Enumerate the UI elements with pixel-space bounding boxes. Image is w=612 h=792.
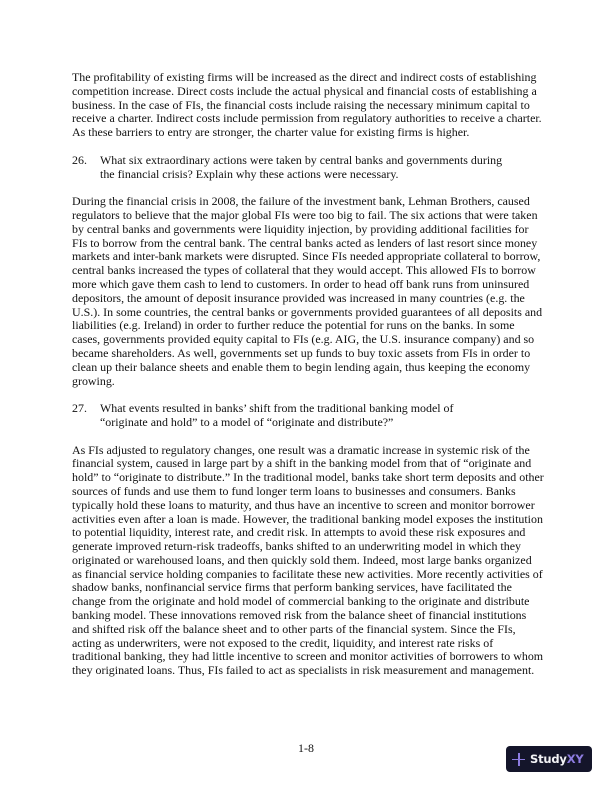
- question-number: 26.: [72, 154, 100, 182]
- question-26: 26. What six extraordinary actions were …: [72, 154, 544, 182]
- plus-icon: [512, 753, 525, 766]
- question-27: 27. What events resulted in banks’ shift…: [72, 402, 544, 430]
- question-number: 27.: [72, 402, 100, 430]
- question-text: What six extraordinary actions were take…: [100, 154, 544, 182]
- answer-paragraph-27: As FIs adjusted to regulatory changes, o…: [72, 444, 544, 679]
- brand-accent: XY: [567, 752, 584, 766]
- brand-name: Study: [530, 752, 567, 766]
- question-text: What events resulted in banks’ shift fro…: [100, 402, 544, 430]
- document-body: The profitability of existing firms will…: [72, 71, 544, 692]
- answer-paragraph-25: The profitability of existing firms will…: [72, 71, 544, 140]
- studyxy-watermark-badge[interactable]: StudyXY: [506, 746, 592, 772]
- answer-paragraph-26: During the financial crisis in 2008, the…: [72, 195, 544, 388]
